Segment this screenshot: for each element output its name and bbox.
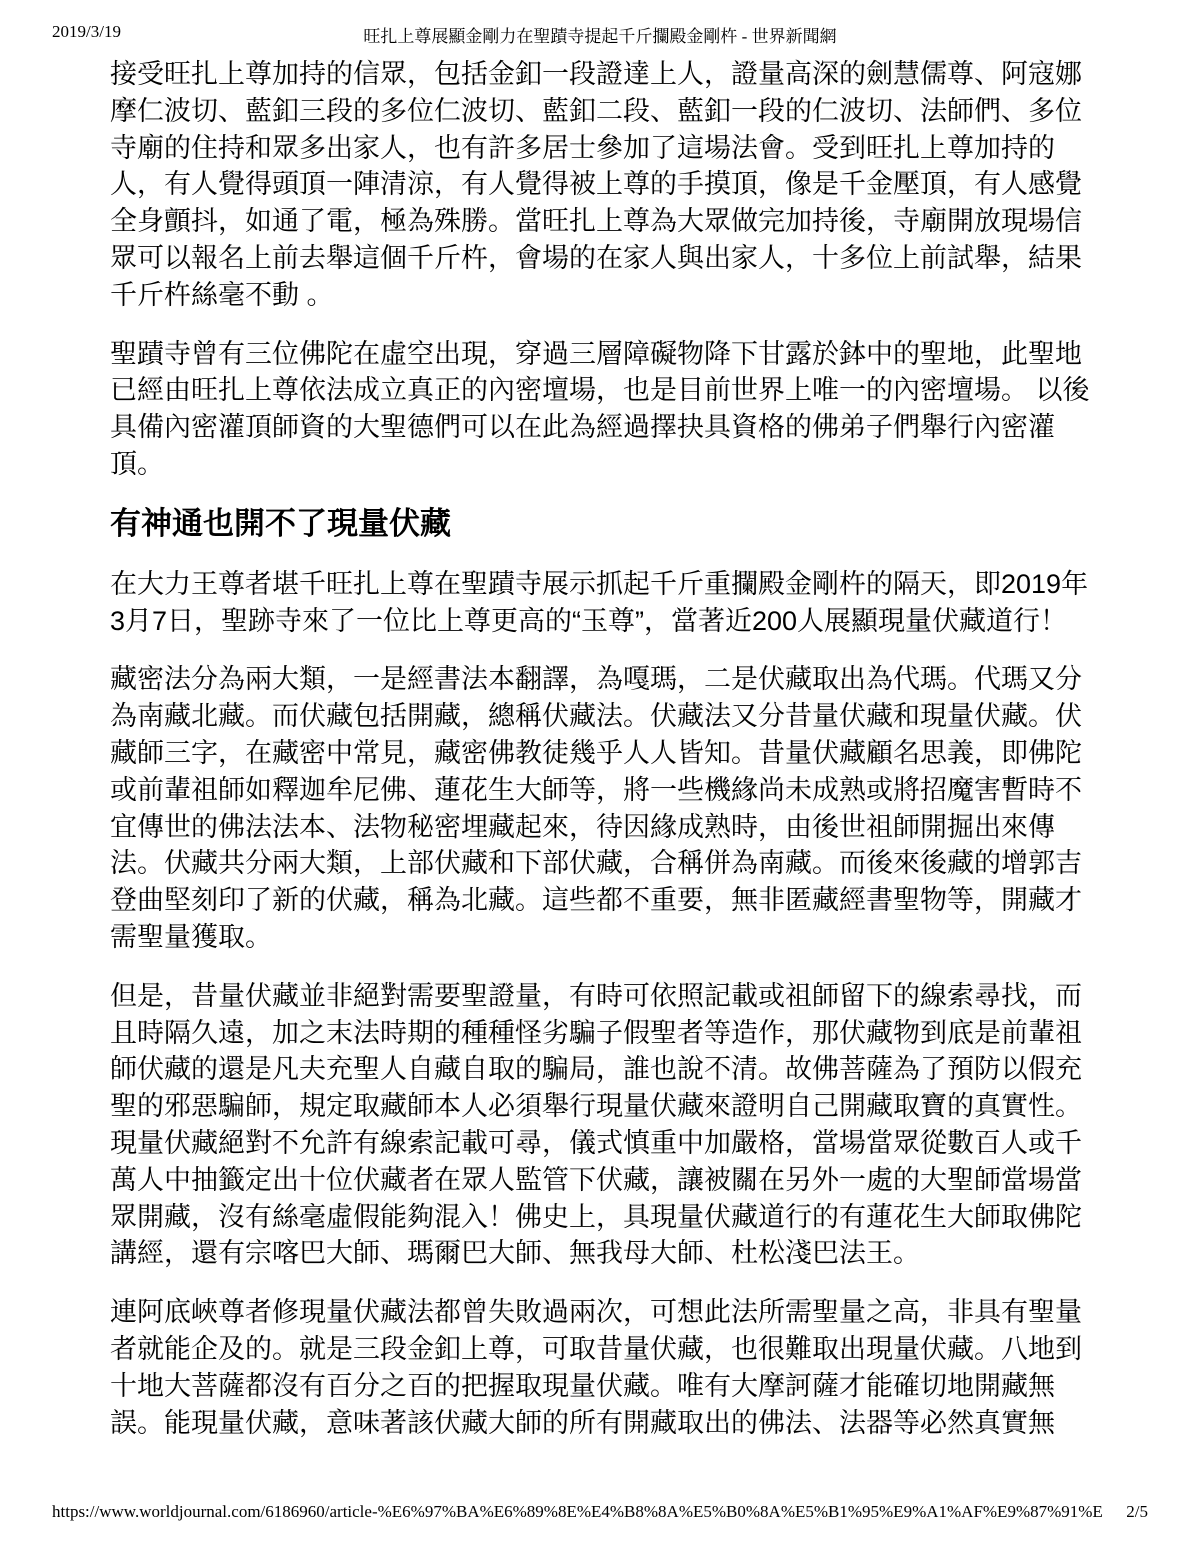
printed-page: 2019/3/19 旺扎上尊展顯金剛力在聖蹟寺提起千斤攔殿金剛杵 - 世界新聞網… [0, 0, 1200, 1552]
source-url: https://www.worldjournal.com/6186960/art… [52, 1502, 1102, 1522]
paragraph-blessed-believers: 接受旺扎上尊加持的信眾，包括金釦一段證達上人，證量高深的劍慧儒尊、阿寇娜 摩仁波… [110, 56, 1090, 314]
paragraph-yuzun-demonstration: 在大力王尊者堪千旺扎上尊在聖蹟寺展示抓起千斤重攔殿金剛杵的隔天，即2019年 3… [110, 566, 1090, 640]
document-title: 旺扎上尊展顯金剛力在聖蹟寺提起千斤攔殿金剛杵 - 世界新聞網 [0, 22, 1200, 47]
print-date: 2019/3/19 [52, 22, 121, 42]
print-footer: https://www.worldjournal.com/6186960/art… [52, 1502, 1148, 1522]
page-number: 2/5 [1126, 1502, 1148, 1522]
paragraph-terma-classification: 藏密法分為兩大類，一是經書法本翻譯，為嘎瑪，二是伏藏取出為代瑪。代瑪又分 為南藏… [110, 661, 1090, 955]
section-heading: 有神通也開不了現量伏藏 [110, 505, 1090, 542]
article-body: 接受旺扎上尊加持的信眾，包括金釦一段證達上人，證量高深的劍慧儒尊、阿寇娜 摩仁波… [110, 56, 1090, 1463]
paragraph-holy-miracles-temple: 聖蹟寺曾有三位佛陀在虛空出現，穿過三層障礙物降下甘露於鉢中的聖地，此聖地 已經由… [110, 336, 1090, 483]
paragraph-atisha-failures: 連阿底峽尊者修現量伏藏法都曾失敗過兩次，可想此法所需聖量之高，非具有聖量 者就能… [110, 1294, 1090, 1441]
paragraph-xianliang-terma-rules: 但是，昔量伏藏並非絕對需要聖證量，有時可依照記載或祖師留下的線索尋找，而 且時隔… [110, 978, 1090, 1272]
print-header: 2019/3/19 旺扎上尊展顯金剛力在聖蹟寺提起千斤攔殿金剛杵 - 世界新聞網 [0, 22, 1200, 46]
